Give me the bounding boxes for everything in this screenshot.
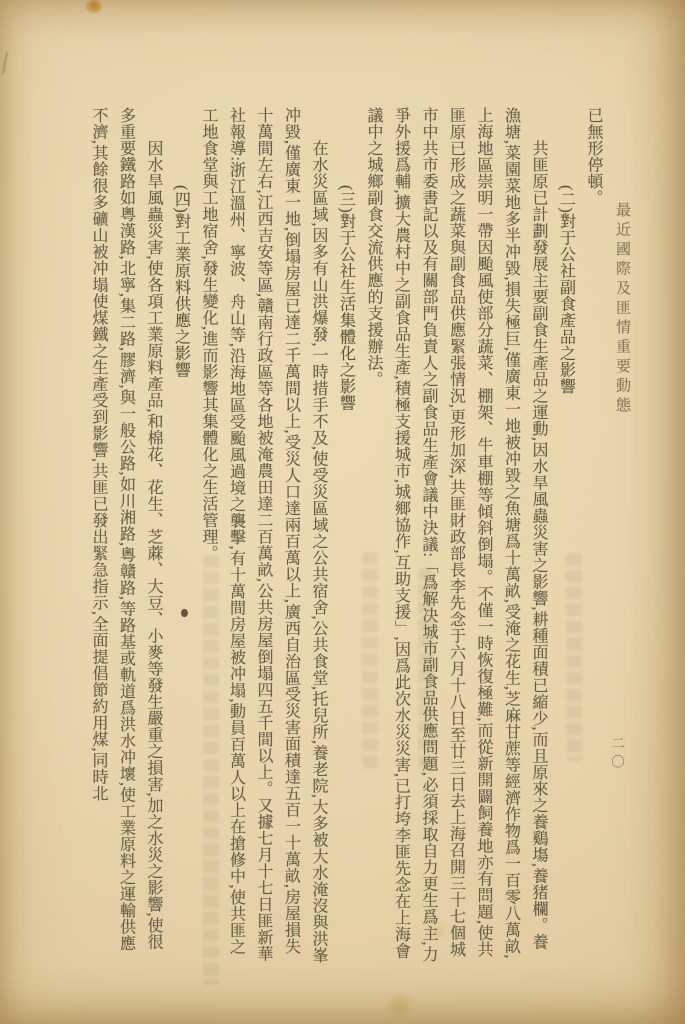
body-text-block: 已無形停頓。 (二)對于公社副食產品之影響 共匪原已計劃發展主要副食生產品之運動… [84, 107, 607, 966]
section-heading-2: (二)對于公社副食產品之影響 [552, 107, 580, 966]
scanned-document-page: 最近國際及匪情重要動態 二〇 已無形停頓。 (二)對于公社副食產品之影響 共匪原… [0, 0, 685, 1024]
section-heading-3: (三)對于公社生活集體化之影響 [332, 107, 360, 966]
page-number: 二〇 [606, 736, 626, 773]
paragraph-section-3: 在水災區域,因多有山洪爆發,一時措手不及,使受災區域之公共宿舍,公共食堂,托兒所… [195, 107, 333, 966]
pencil-mark [2, 52, 8, 74]
paragraph-section-4: 因水旱風蟲災害,使各項工業原料產品,和棉花、花生、芝蔴、大豆、小麥等發生嚴重之損… [85, 107, 168, 966]
paragraph-continuation: 已無形停頓。 [580, 107, 608, 966]
stain-top-left [86, 0, 102, 13]
stain-bottom [386, 993, 414, 1019]
section-heading-4: (四)對工業原料供應之影響 [167, 107, 195, 966]
paragraph-section-2: 共匪原已計劃發展主要副食生產品之運動,因水旱風蟲災害之影響,耕種面積已縮少,而且… [360, 107, 553, 966]
running-title: 最近國際及匪情重要動態 [612, 202, 633, 417]
